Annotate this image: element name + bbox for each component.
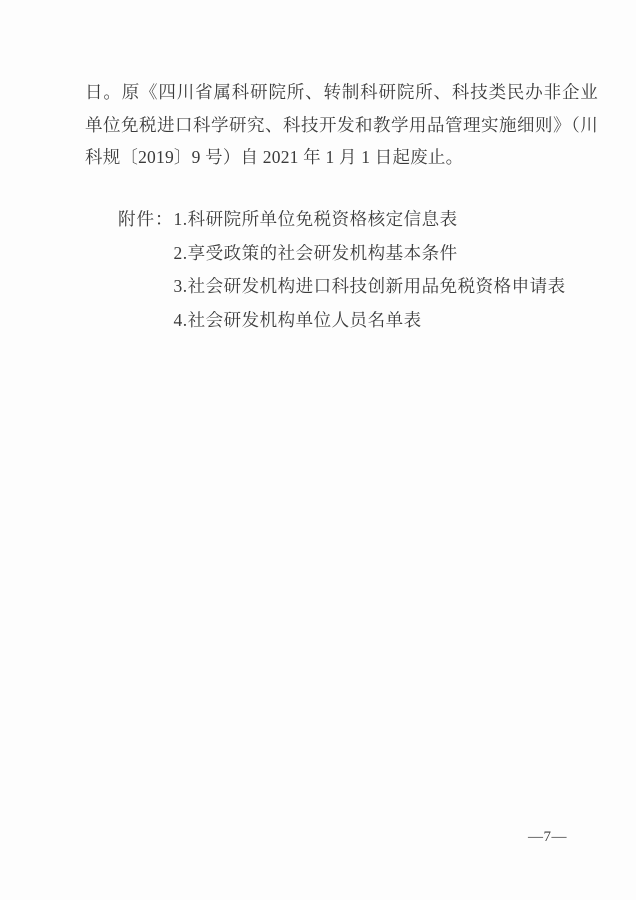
attachment-item: 2.享受政策的社会研发机构基本条件 — [174, 237, 566, 271]
document-page: 日。原《四川省属科研院所、转制科研院所、科技类民办非企业单位免税进口科学研究、科… — [0, 0, 636, 900]
attachments-list: 1.科研院所单位免税资格核定信息表 2.享受政策的社会研发机构基本条件 3.社会… — [174, 203, 566, 337]
attachment-item: 1.科研院所单位免税资格核定信息表 — [174, 203, 566, 237]
attachment-item: 4.社会研发机构单位人员名单表 — [174, 304, 566, 338]
page-number: —7— — [528, 829, 567, 846]
body-paragraph: 日。原《四川省属科研院所、转制科研院所、科技类民办非企业单位免税进口科学研究、科… — [85, 76, 598, 174]
attachment-item: 3.社会研发机构进口科技创新用品免税资格申请表 — [174, 270, 566, 304]
attachments-block: 附件： 1.科研院所单位免税资格核定信息表 2.享受政策的社会研发机构基本条件 … — [118, 203, 566, 337]
attachments-label: 附件： — [118, 203, 174, 237]
